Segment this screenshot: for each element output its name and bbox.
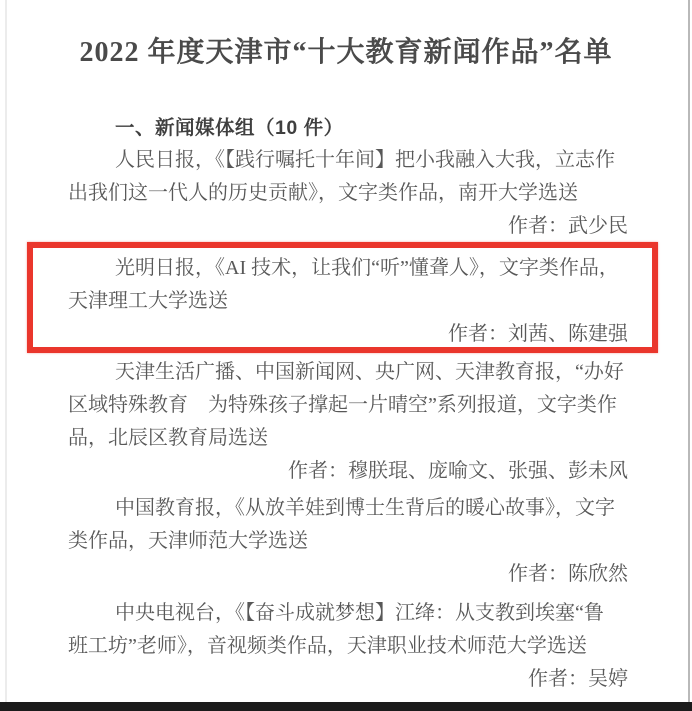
author-line: 作者：陈欣然 [68,558,628,591]
entry-line: 中国教育报，《从放羊娃到博士生背后的暖心故事》，文字 [68,492,628,525]
entry-cctv: 中央电视台，《【奋斗成就梦想】江绛：从支教到埃塞“鲁 班工坊”老师》，音视频类作… [68,597,628,696]
entry-china-education-daily: 中国教育报，《从放羊娃到博士生背后的暖心故事》，文字 类作品，天津师范大学选送 … [68,492,628,591]
author-line: 作者：武少民 [68,210,628,243]
scan-edge-bottom [0,702,692,711]
entry-line: 天津理工大学选送 [68,285,628,318]
page-title: 2022 年度天津市“十大教育新闻作品”名单 [0,30,692,70]
author-line: 作者：刘茜、陈建强 [68,318,628,351]
entry-line: 品，北辰区教育局选送 [68,422,628,455]
entry-line: 光明日报，《AI 技术，让我们“听”懂聋人》，文字类作品， [68,252,628,285]
scan-edge-left [5,0,7,711]
document-page: 2022 年度天津市“十大教育新闻作品”名单 一、新闻媒体组（10 件） 人民日… [0,0,692,711]
author-line: 作者：吴婷 [68,663,628,696]
entry-line: 人民日报，《【践行嘱托十年间】把小我融入大我，立志作 [68,144,628,177]
entry-tianjin-life-radio: 天津生活广播、中国新闻网、央广网、天津教育报，“办好 区域特殊教育 为特殊孩子撑… [68,356,628,488]
scan-edge-right [688,0,690,711]
entry-line: 出我们这一代人的历史贡献》，文字类作品，南开大学选送 [68,177,628,210]
entry-line: 区域特殊教育 为特殊孩子撑起一片晴空”系列报道，文字类作 [68,389,628,422]
entry-guangming-daily-highlighted: 光明日报，《AI 技术，让我们“听”懂聋人》，文字类作品， 天津理工大学选送 作… [68,252,628,351]
author-line: 作者：穆朕琨、庞喻文、张强、彭未风 [68,455,628,488]
entry-people-daily: 人民日报，《【践行嘱托十年间】把小我融入大我，立志作 出我们这一代人的历史贡献》… [68,144,628,243]
entry-line: 中央电视台，《【奋斗成就梦想】江绛：从支教到埃塞“鲁 [68,597,628,630]
entry-line: 班工坊”老师》，音视频类作品，天津职业技术师范大学选送 [68,630,628,663]
entry-line: 天津生活广播、中国新闻网、央广网、天津教育报，“办好 [68,356,628,389]
entry-line: 类作品，天津师范大学选送 [68,525,628,558]
section-header: 一、新闻媒体组（10 件） [115,112,344,140]
